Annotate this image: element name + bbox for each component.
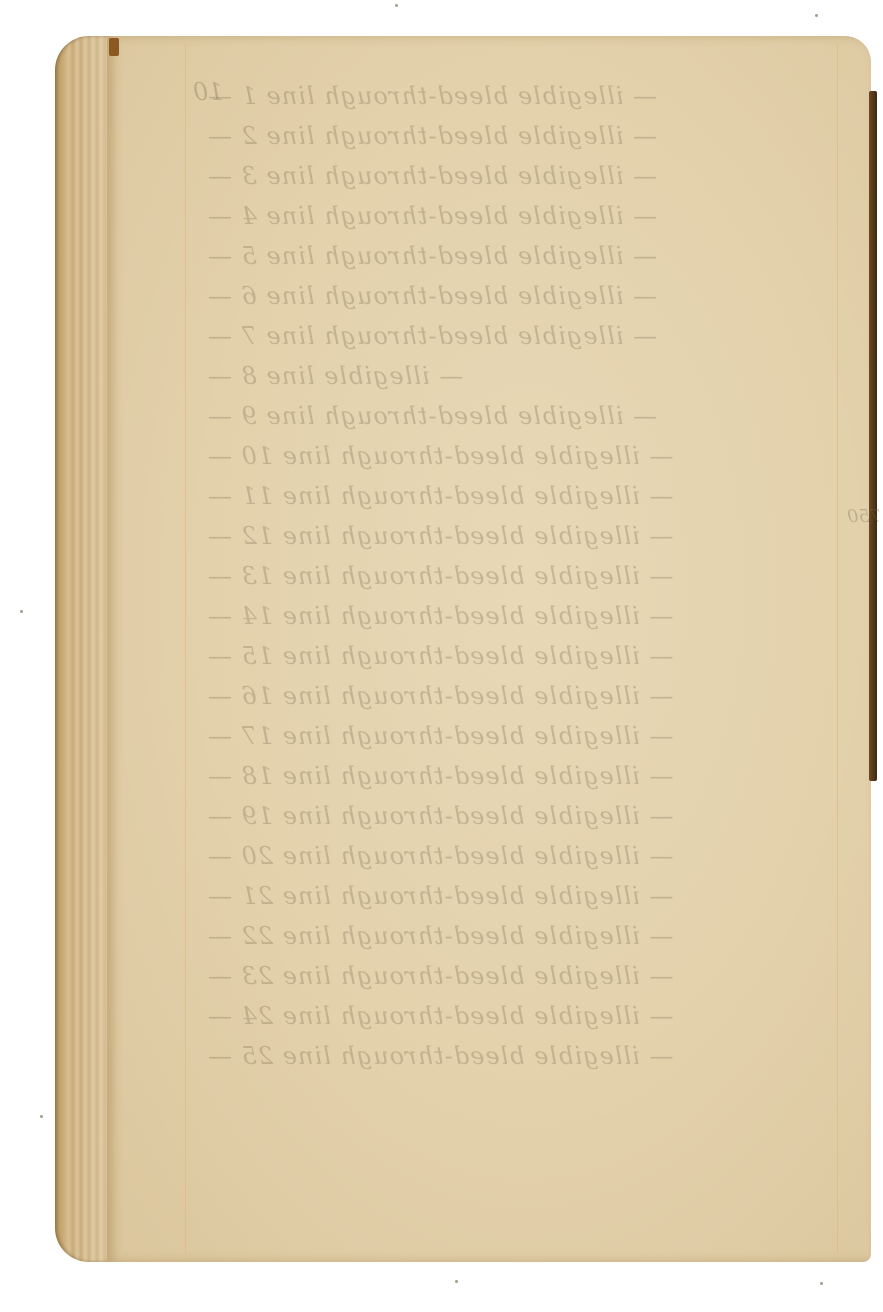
right-margin-rule bbox=[837, 44, 838, 1254]
dust-speck bbox=[820, 1282, 823, 1285]
bleed-through-text: — illegible bleed-through line 1 — — ill… bbox=[207, 76, 827, 1076]
text-line: — illegible bleed-through line 11 — bbox=[207, 476, 827, 516]
dust-speck bbox=[40, 1115, 43, 1118]
corner-tear bbox=[109, 38, 119, 56]
text-line: — illegible bleed-through line 13 — bbox=[207, 556, 827, 596]
page-edges-stack bbox=[55, 36, 115, 1262]
text-line: — illegible bleed-through line 15 — bbox=[207, 636, 827, 676]
text-line: — illegible line 8 — bbox=[207, 356, 827, 396]
text-line: — illegible bleed-through line 12 — bbox=[207, 516, 827, 556]
text-line: — illegible bleed-through line 21 — bbox=[207, 876, 827, 916]
text-line: — illegible bleed-through line 17 — bbox=[207, 716, 827, 756]
dust-speck bbox=[455, 1280, 458, 1283]
text-line: — illegible bleed-through line 25 — bbox=[207, 1036, 827, 1076]
text-line: — illegible bleed-through line 23 — bbox=[207, 956, 827, 996]
left-margin-rule bbox=[185, 44, 186, 1254]
text-line: — illegible bleed-through line 9 — bbox=[207, 396, 827, 436]
text-line: — illegible bleed-through line 6 — bbox=[207, 276, 827, 316]
manuscript-page: 10 1750 — illegible bleed-through line 1… bbox=[107, 36, 871, 1262]
text-line: — illegible bleed-through line 5 — bbox=[207, 236, 827, 276]
dust-speck bbox=[395, 4, 398, 7]
text-line: — illegible bleed-through line 10 — bbox=[207, 436, 827, 476]
text-line: — illegible bleed-through line 14 — bbox=[207, 596, 827, 636]
text-line: — illegible bleed-through line 4 — bbox=[207, 196, 827, 236]
text-line: — illegible bleed-through line 1 — bbox=[207, 76, 827, 116]
text-line: — illegible bleed-through line 18 — bbox=[207, 756, 827, 796]
text-line: — illegible bleed-through line 20 — bbox=[207, 836, 827, 876]
text-line: — illegible bleed-through line 7 — bbox=[207, 316, 827, 356]
margin-note: 1750 bbox=[847, 506, 883, 527]
text-line: — illegible bleed-through line 24 — bbox=[207, 996, 827, 1036]
dust-speck bbox=[20, 610, 23, 613]
book: 10 1750 — illegible bleed-through line 1… bbox=[55, 36, 877, 1262]
text-line: — illegible bleed-through line 3 — bbox=[207, 156, 827, 196]
next-page-edge bbox=[869, 91, 877, 781]
dust-speck bbox=[815, 14, 818, 17]
text-line: — illegible bleed-through line 16 — bbox=[207, 676, 827, 716]
text-line: — illegible bleed-through line 22 — bbox=[207, 916, 827, 956]
text-line: — illegible bleed-through line 2 — bbox=[207, 116, 827, 156]
text-line: — illegible bleed-through line 19 — bbox=[207, 796, 827, 836]
